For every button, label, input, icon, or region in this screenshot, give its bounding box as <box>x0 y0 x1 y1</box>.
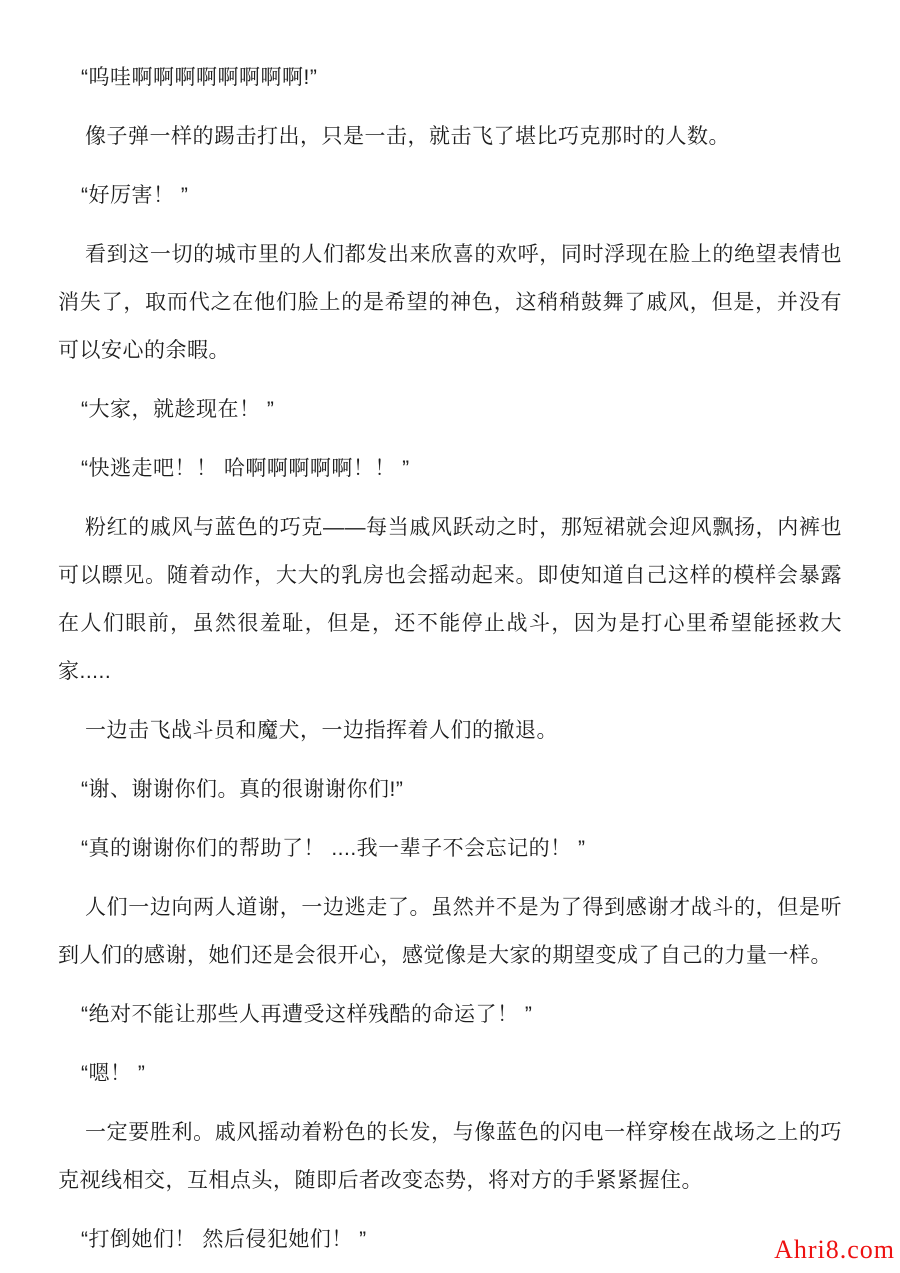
paragraph: 粉红的戚风与蓝色的巧克——每当戚风跃动之时，那短裙就会迎风飘扬，内裤也可以瞟见。… <box>58 504 842 696</box>
paragraph: “大家，就趁现在！ ” <box>58 386 842 434</box>
paragraph: “嗯！ ” <box>58 1050 842 1098</box>
paragraph: “绝对不能让那些人再遭受这样残酷的命运了！ ” <box>58 991 842 1039</box>
paragraph: 看到这一切的城市里的人们都发出来欣喜的欢呼，同时浮现在脸上的绝望表情也消失了，取… <box>58 231 842 375</box>
document-page: “呜哇啊啊啊啊啊啊啊啊!” 像子弹一样的踢击打出，只是一击，就击飞了堪比巧克那时… <box>0 0 900 1273</box>
paragraph: 一边击飞战斗员和魔犬，一边指挥着人们的撤退。 <box>58 707 842 755</box>
paragraph: “真的谢谢你们的帮助了！ ....我一辈子不会忘记的！ ” <box>58 825 842 873</box>
paragraph: “快逃走吧！！ 哈啊啊啊啊啊！！ ” <box>58 445 842 493</box>
paragraph: 人们一边向两人道谢，一边逃走了。虽然并不是为了得到感谢才战斗的，但是听到人们的感… <box>58 884 842 980</box>
paragraph: “打倒她们！ 然后侵犯她们！ ” <box>58 1216 842 1264</box>
paragraph: 像子弹一样的踢击打出，只是一击，就击飞了堪比巧克那时的人数。 <box>58 113 842 161</box>
site-watermark: Ahri8.com <box>774 1235 895 1265</box>
paragraph: 一定要胜利。戚风摇动着粉色的长发，与像蓝色的闪电一样穿梭在战场之上的巧克视线相交… <box>58 1109 842 1205</box>
paragraph: “谢、谢谢你们。真的很谢谢你们!” <box>58 766 842 814</box>
paragraph: “好厉害！ ” <box>58 172 842 220</box>
paragraph: “呜哇啊啊啊啊啊啊啊啊!” <box>58 54 842 102</box>
